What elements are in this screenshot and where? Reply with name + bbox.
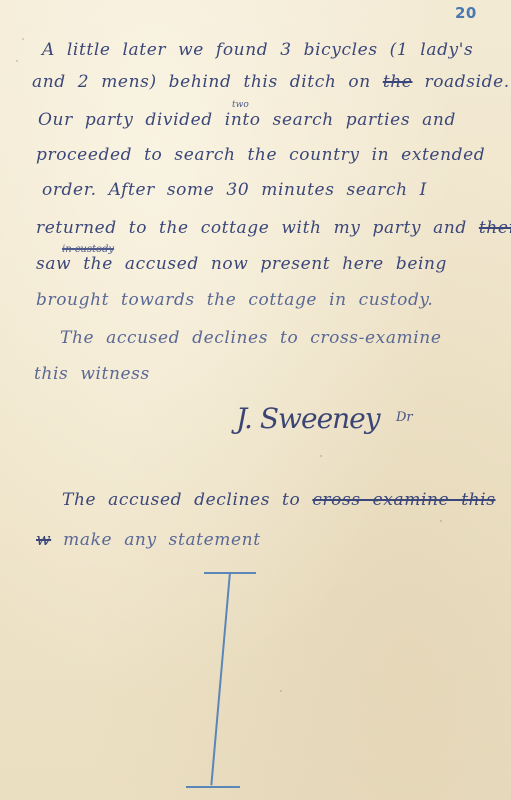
text-line: The accused declines to cross-examine [60, 328, 442, 348]
text-segment: make any statement [63, 530, 260, 550]
text-line: A little later we found 3 bicycles (1 la… [42, 40, 473, 60]
text-line: w make any statement [36, 530, 261, 550]
pencil-mark-stem [210, 572, 231, 785]
signature-suffix: Dr [396, 410, 413, 425]
text-line: and 2 mens) behind this ditch on the roa… [32, 72, 510, 92]
page-number: 20 [455, 4, 477, 22]
text-segment: returned to the cottage with my party an… [36, 218, 479, 238]
struck-phrase: cross examine this [312, 490, 495, 510]
paper-speck [16, 60, 18, 62]
pencil-mark-bottom-bar [186, 786, 240, 788]
text-line: saw the accused now present here being [36, 254, 447, 274]
text-line: returned to the cottage with my party an… [36, 218, 511, 238]
text-line: brought towards the cottage in custody. [36, 290, 433, 310]
insertion-word: two [232, 100, 249, 110]
text-segment: The accused declines to [62, 490, 300, 510]
struck-word: the [383, 72, 413, 92]
paper-speck [22, 38, 24, 40]
text-segment: and 2 mens) behind this ditch on [32, 72, 383, 92]
text-line: this witness [34, 364, 150, 384]
struck-word: w [36, 530, 51, 550]
document-page: 20 A little later we found 3 bicycles (1… [0, 0, 511, 800]
text-line: proceeded to search the country in exten… [36, 145, 485, 165]
signature: J. Sweeney [236, 402, 380, 435]
paper-speck [440, 520, 442, 522]
paper-speck [320, 455, 322, 457]
paper-speck [280, 690, 282, 692]
text-line: The accused declines to cross examine th… [62, 490, 496, 510]
text-segment: roadside. [412, 72, 509, 92]
text-line: Our party divided into search parties an… [38, 110, 456, 130]
text-line: order. After some 30 minutes search I [42, 180, 427, 200]
struck-word: then [479, 218, 511, 238]
